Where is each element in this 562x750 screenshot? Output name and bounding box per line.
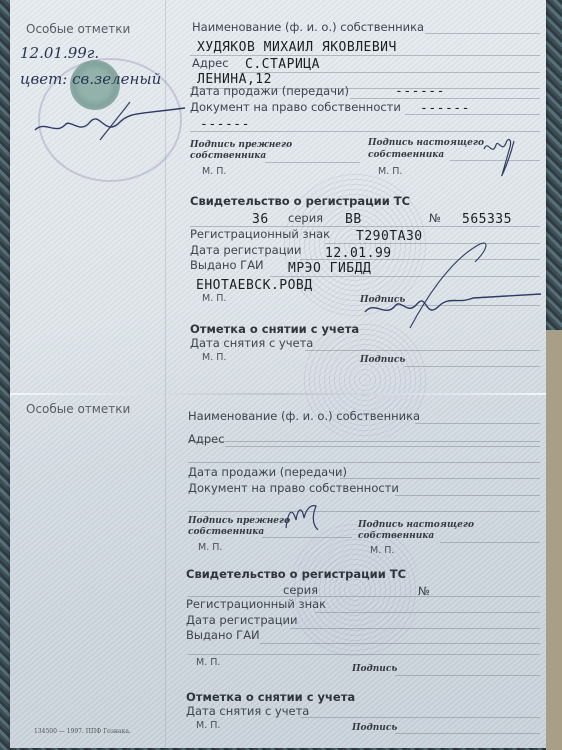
deregistration-signature-label: Подпись	[360, 355, 405, 365]
prev-owner-sig-label-1: Подпись прежнего	[190, 140, 292, 150]
registration-title: Свидетельство о регистрации ТС	[190, 194, 410, 208]
series-value: ВВ	[345, 212, 362, 227]
field-line	[395, 495, 540, 496]
ownership-doc-label: Документ на право собственности	[190, 100, 401, 114]
official-signature-icon	[355, 240, 545, 330]
deregistration-date-label: Дата снятия с учета	[186, 704, 309, 718]
owner-name-label: Наименование (ф. и. о.) собственника	[192, 20, 424, 34]
signature-line	[265, 162, 360, 163]
field-line	[350, 98, 540, 99]
deregistration-signature-label: Подпись	[352, 723, 397, 733]
mp-stamp-place: М. П.	[196, 720, 220, 731]
mp-stamp-place: М. П.	[202, 293, 226, 304]
field-line	[260, 643, 540, 644]
special-marks-label: Особые отметки	[26, 402, 130, 416]
owner-name-label: Наименование (ф. и. о.) собственника	[188, 409, 420, 423]
mp-stamp-place: М. П.	[370, 545, 394, 556]
address-line1: С.СТАРИЦА	[245, 57, 320, 72]
handwritten-color: цвет: св.зеленый	[20, 70, 161, 88]
field-line	[300, 717, 540, 718]
series-label: серия	[283, 583, 318, 597]
owner-name-value: ХУДЯКОВ МИХАИЛ ЯКОВЛЕВИЧ	[197, 40, 397, 55]
curr-owner-sig-label-2: собственника	[368, 150, 444, 160]
signature-line	[405, 366, 540, 367]
prev-owner-sig-label-2: собственника	[190, 151, 266, 161]
address-label: Адрес	[192, 56, 229, 70]
plate-label: Регистрационный знак	[186, 597, 326, 611]
special-marks-label: Особые отметки	[26, 22, 130, 36]
field-line	[188, 511, 540, 512]
field-line	[188, 441, 540, 442]
printer-imprint: 134500 — 1997. ППФ Гознака.	[34, 728, 131, 735]
signature-line	[440, 542, 540, 543]
curr-owner-sig-label-1: Подпись настоящего	[368, 138, 484, 148]
signature-line	[262, 537, 352, 538]
registration-signature-label: Подпись	[352, 664, 397, 674]
mp-stamp-place: М. П.	[196, 657, 220, 668]
registration-title: Свидетельство о регистрации ТС	[186, 567, 406, 581]
curr-owner-sig-label-2: собственника	[358, 531, 434, 541]
curr-owner-sig-label-1: Подпись настоящего	[358, 520, 474, 530]
background-shadow	[546, 330, 562, 750]
field-line	[315, 612, 540, 613]
issued-by-label: Выдано ГАИ	[190, 258, 264, 272]
prev-owner-signature-icon	[282, 502, 322, 532]
handwritten-date: 12.01.99г.	[20, 44, 99, 62]
sale-date-label: Дата продажи (передачи)	[188, 465, 347, 479]
ownership-doc-cont: ------	[200, 117, 250, 132]
issued-by-label: Выдано ГАИ	[186, 628, 260, 642]
owner-signature-icon	[480, 135, 520, 180]
sale-date-value: ------	[395, 84, 445, 99]
field-line	[190, 131, 540, 132]
field-line	[190, 55, 540, 56]
fold-line	[10, 393, 546, 395]
reg-date-label: Дата регистрации	[186, 613, 297, 627]
sale-date-label: Дата продажи (передачи)	[190, 84, 349, 98]
signature-stamp-icon	[30, 100, 190, 150]
mp-stamp-place: М. П.	[378, 166, 402, 177]
number-value: 565335	[462, 212, 512, 227]
field-line	[415, 423, 540, 424]
address-label: Адрес	[188, 432, 225, 446]
field-line	[188, 462, 540, 463]
mp-stamp-place: М. П.	[198, 542, 222, 553]
field-line	[240, 72, 540, 73]
ownership-doc-label: Документ на право собственности	[188, 481, 399, 495]
field-line	[340, 478, 540, 479]
plate-label: Регистрационный знак	[190, 227, 330, 241]
signature-line	[395, 675, 540, 676]
series-prefix: 36	[252, 212, 269, 227]
field-line	[290, 628, 540, 629]
field-line	[405, 114, 540, 115]
deregistration-title: Отметка о снятии с учета	[190, 322, 359, 336]
field-line	[425, 33, 540, 34]
number-label: №	[429, 211, 441, 225]
field-line	[305, 350, 540, 351]
field-line	[188, 654, 540, 655]
prev-owner-sig-label-2: собственника	[188, 527, 264, 537]
reg-date-label: Дата регистрации	[190, 243, 301, 257]
deregistration-title: Отметка о снятии с учета	[186, 690, 355, 704]
field-line	[225, 446, 540, 447]
prev-owner-sig-label-1: Подпись прежнего	[188, 516, 290, 526]
mp-stamp-place: М. П.	[202, 352, 226, 363]
series-label: серия	[288, 211, 323, 225]
signature-line	[395, 733, 540, 734]
deregistration-date-label: Дата снятия с учета	[190, 336, 313, 350]
mp-stamp-place: М. П.	[202, 166, 226, 177]
issued-by-line2: ЕНОТАЕВСК.РОВД	[196, 278, 313, 293]
